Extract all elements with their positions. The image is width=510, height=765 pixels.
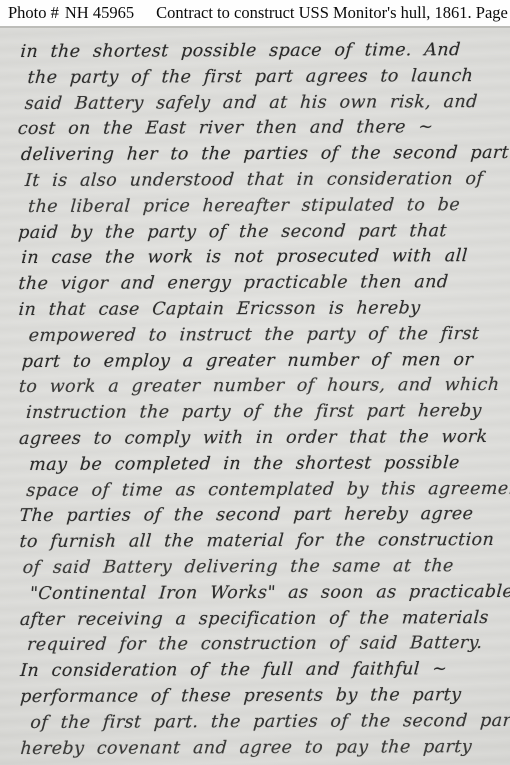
manuscript-line: cost on the East river then and there ~ [17,115,501,143]
manuscript-line: required for the construction of said Ba… [19,631,503,659]
photo-label: Photo # [8,3,59,23]
manuscript-line: the liberal price hereafter stipulated t… [17,193,501,221]
manuscript-line: of the first part. the parties of the se… [19,709,503,737]
caption-text: Contract to construct USS Monitor's hull… [156,3,510,23]
manuscript-line: in the shortest possible space of time. … [17,38,501,66]
manuscript-line: It is also understood that in considerat… [17,167,501,195]
manuscript-line: paid by the party of the second part tha… [17,219,501,247]
manuscript-line: said Battery safely and at his own risk,… [17,90,501,118]
photo-number: NH 45965 [65,3,134,23]
manuscript-line: hereby covenant and agree to pay the par… [20,734,504,762]
manuscript-line: In consideration of the full and faithfu… [19,657,503,685]
manuscript-line: agrees to comply with in order that the … [18,425,502,453]
manuscript-line: the vigor and energy practicable then an… [18,270,502,298]
manuscript-line: in that case Captain Ericsson is hereby [18,296,502,324]
manuscript-line: "Continental Iron Works" as soon as prac… [19,580,503,608]
manuscript-line: the party of the first part agrees to la… [17,64,501,92]
manuscript-line: part to employ a greater number of men o… [18,348,502,376]
manuscript-line: performance of these presents by the par… [19,683,503,711]
manuscript-line: delivering her to the parties of the sec… [17,141,501,169]
manuscript-line: to furnish all the material for the cons… [19,528,503,556]
manuscript-line: may be completed in the shortest possibl… [18,451,502,479]
manuscript-line: after receiving a specification of the m… [19,605,503,633]
caption-bar: Photo # NH 45965 Contract to construct U… [0,0,510,26]
manuscript-photo: in the shortest possible space of time. … [0,26,510,765]
manuscript-line: space of time as contemplated by this ag… [18,476,502,504]
manuscript-line: instruction the party of the first part … [18,399,502,427]
manuscript-line: in case the work is not prosecuted with … [17,244,501,272]
manuscript-line: to work a greater number of hours, and w… [18,373,502,401]
manuscript-line: of said Battery delivering the same at t… [19,554,503,582]
manuscript-line: The parties of the second part hereby ag… [19,502,503,530]
manuscript-line: empowered to instruct the party of the f… [18,322,502,350]
photo-page: Photo # NH 45965 Contract to construct U… [0,0,510,765]
manuscript-text: in the shortest possible space of time. … [16,38,501,762]
